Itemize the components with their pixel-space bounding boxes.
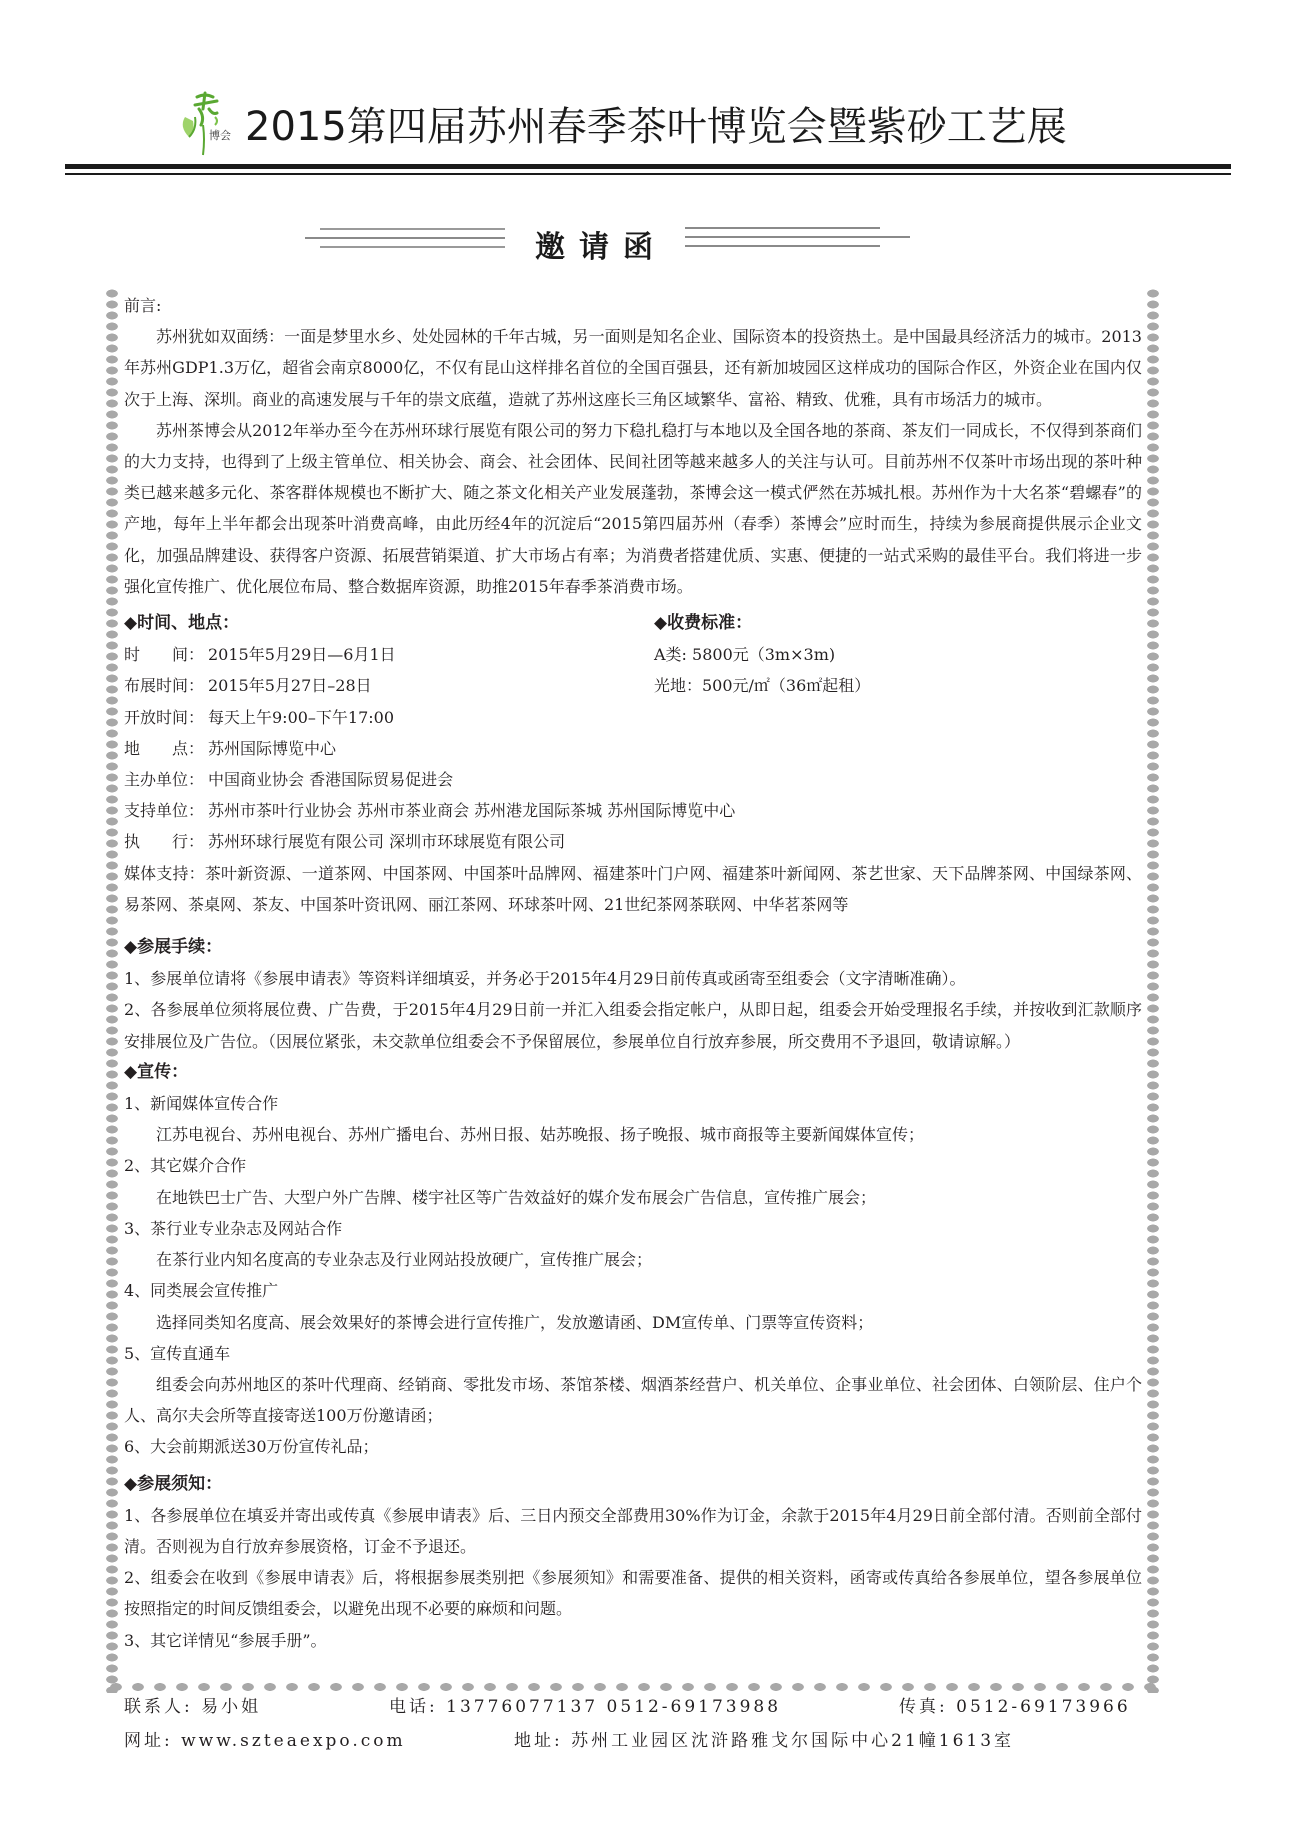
info-label: 开放时间：	[124, 702, 208, 733]
procedure-item: 1、参展单位请将《参展申请表》等资料详细填妥，并务必于2015年4月29日前传真…	[124, 963, 1142, 994]
page-title: 2015第四届苏州春季茶叶博览会暨紫砂工艺展	[245, 95, 1067, 152]
info-label: 支持单位：	[124, 795, 208, 826]
preface-paragraph-1: 苏州犹如双面绣：一面是梦里水乡、处处园林的千年古城，另一面则是知名企业、国际资本…	[124, 321, 1142, 415]
fees-section: ◆收费标准： A类: 5800元（3m×3m) 光地：500元/㎡（36㎡起租）	[654, 608, 1142, 795]
info-row: 支持单位：苏州市茶叶行业协会 苏州市茶业商会 苏州港龙国际茶城 苏州国际博览中心	[124, 795, 1142, 826]
info-row: 执 行：苏州环球行展览有限公司 深圳市环球展览有限公司	[124, 826, 1142, 857]
publicity-item-detail: 选择同类知名度高、展会效果好的茶博会进行宣传推广，发放邀请函、DM宣传单、门票等…	[124, 1307, 1142, 1338]
publicity-item-title: 3、茶行业专业杂志及网站合作	[124, 1213, 1142, 1244]
media-support-row: 媒体支持：茶叶新资源、一道茶网、中国茶网、中国茶叶品牌网、福建茶叶门户网、福建茶…	[124, 858, 1142, 920]
invitation-title: 邀请函	[535, 222, 667, 266]
publicity-item-detail: 组委会向苏州地区的茶叶代理商、经销商、零批发市场、茶馆茶楼、烟酒茶经营户、机关单…	[124, 1369, 1142, 1431]
contact-fax: 传真: 0512-69173966	[899, 1690, 1131, 1724]
header-rule-thick	[65, 164, 1231, 169]
fee-item: A类: 5800元（3m×3m)	[654, 639, 1142, 670]
info-value: 茶叶新资源、一道茶网、中国茶网、中国茶叶品牌网、福建茶叶门户网、福建茶叶新闻网、…	[124, 864, 1142, 914]
tea-leaf-icon	[175, 87, 235, 159]
info-value: 每天上午9:00–下午17:00	[208, 702, 394, 733]
decorative-line	[685, 227, 880, 229]
tea-expo-logo: 博会	[175, 87, 235, 159]
info-row: 布展时间：2015年5月27日–28日	[124, 670, 654, 701]
contact-person: 联系人: 易小姐	[124, 1690, 261, 1724]
time-location-heading: ◆时间、地点：	[124, 608, 654, 639]
time-location-section: ◆时间、地点： 时 间：2015年5月29日—6月1日 布展时间：2015年5月…	[124, 608, 654, 795]
preface-label: 前言:	[124, 290, 1142, 321]
publicity-item-detail: 在地铁巴士广告、大型户外广告牌、楼宇社区等广告效益好的媒介发布展会广告信息，宣传…	[124, 1182, 1142, 1213]
publicity-item-title: 2、其它媒介合作	[124, 1150, 1142, 1181]
info-value: 苏州国际博览中心	[208, 733, 336, 764]
notice-heading: ◆参展须知：	[124, 1469, 1142, 1500]
header-rule-thin	[65, 173, 1231, 175]
page-header: 博会 2015第四届苏州春季茶叶博览会暨紫砂工艺展	[175, 88, 1067, 158]
decorative-line	[685, 245, 880, 247]
procedure-item: 2、各参展单位须将展位费、广告费，于2015年4月29日前一并汇入组委会指定帐户…	[124, 994, 1142, 1056]
info-row: 主办单位：中国商业协会 香港国际贸易促进会	[124, 764, 654, 795]
info-value: 苏州环球行展览有限公司 深圳市环球展览有限公司	[208, 826, 565, 857]
contact-address: 地址: 苏州工业园区沈浒路雅戈尔国际中心21幢1613室	[514, 1724, 1014, 1758]
logo-text: 博会	[209, 127, 231, 143]
time-and-fees: ◆时间、地点： 时 间：2015年5月29日—6月1日 布展时间：2015年5月…	[124, 608, 1142, 795]
publicity-item-title: 6、大会前期派送30万份宣传礼品；	[124, 1431, 1142, 1462]
border-left	[105, 288, 119, 1693]
info-row: 地 点：苏州国际博览中心	[124, 733, 654, 764]
publicity-item-detail: 在茶行业内知名度高的专业杂志及行业网站投放硬广，宣传推广展会；	[124, 1244, 1142, 1275]
decorative-line	[320, 228, 505, 230]
info-label: 主办单位：	[124, 764, 208, 795]
publicity-item-detail: 江苏电视台、苏州电视台、苏州广播电台、苏州日报、姑苏晚报、扬子晚报、城市商报等主…	[124, 1119, 1142, 1150]
info-value: 2015年5月27日–28日	[208, 670, 372, 701]
procedures-heading: ◆参展手续：	[124, 932, 1142, 963]
info-label: 地 点：	[124, 733, 208, 764]
info-row: 时 间：2015年5月29日—6月1日	[124, 639, 654, 670]
info-label: 布展时间：	[124, 670, 208, 701]
notice-item: 2、组委会在收到《参展申请表》后，将根据参展类别把《参展须知》和需要准备、提供的…	[124, 1562, 1142, 1624]
decorative-line	[305, 237, 505, 239]
notice-item: 1、各参展单位在填妥并寄出或传真《参展申请表》后、三日内预交全部费用30%作为订…	[124, 1500, 1142, 1562]
contact-footer: 联系人: 易小姐 电话: 13776077137 0512-69173988 传…	[124, 1690, 1144, 1758]
publicity-item-title: 1、新闻媒体宣传合作	[124, 1088, 1142, 1119]
website-link[interactable]: 网址: www.szteaexpo.com	[124, 1724, 406, 1758]
info-label: 媒体支持：	[124, 864, 205, 883]
info-label: 时 间：	[124, 639, 208, 670]
invitation-heading: 邀请函	[0, 222, 1296, 262]
publicity-heading: ◆宣传：	[124, 1057, 1142, 1088]
info-value: 中国商业协会 香港国际贸易促进会	[208, 764, 453, 795]
fee-item: 光地：500元/㎡（36㎡起租）	[654, 670, 1142, 701]
preface-paragraph-2: 苏州茶博会从2012年举办至今在苏州环球行展览有限公司的努力下稳扎稳打与本地以及…	[124, 415, 1142, 602]
decorative-line	[320, 246, 505, 248]
publicity-item-title: 4、同类展会宣传推广	[124, 1275, 1142, 1306]
fees-heading: ◆收费标准：	[654, 608, 1142, 639]
info-value: 苏州市茶叶行业协会 苏州市茶业商会 苏州港龙国际茶城 苏州国际博览中心	[208, 795, 735, 826]
decorative-line	[685, 236, 910, 238]
publicity-item-title: 5、宣传直通车	[124, 1338, 1142, 1369]
info-label: 执 行：	[124, 826, 208, 857]
invitation-page: 博会 2015第四届苏州春季茶叶博览会暨紫砂工艺展 邀请函 前言: 苏州犹如双面…	[0, 0, 1296, 1832]
info-value: 2015年5月29日—6月1日	[208, 639, 396, 670]
contact-phone: 电话: 13776077137 0512-69173988	[389, 1690, 781, 1724]
border-right	[1146, 288, 1160, 1693]
main-content: 前言: 苏州犹如双面绣：一面是梦里水乡、处处园林的千年古城，另一面则是知名企业、…	[124, 290, 1142, 1656]
notice-item: 3、其它详情见“参展手册”。	[124, 1625, 1142, 1656]
info-row: 开放时间：每天上午9:00–下午17:00	[124, 702, 654, 733]
